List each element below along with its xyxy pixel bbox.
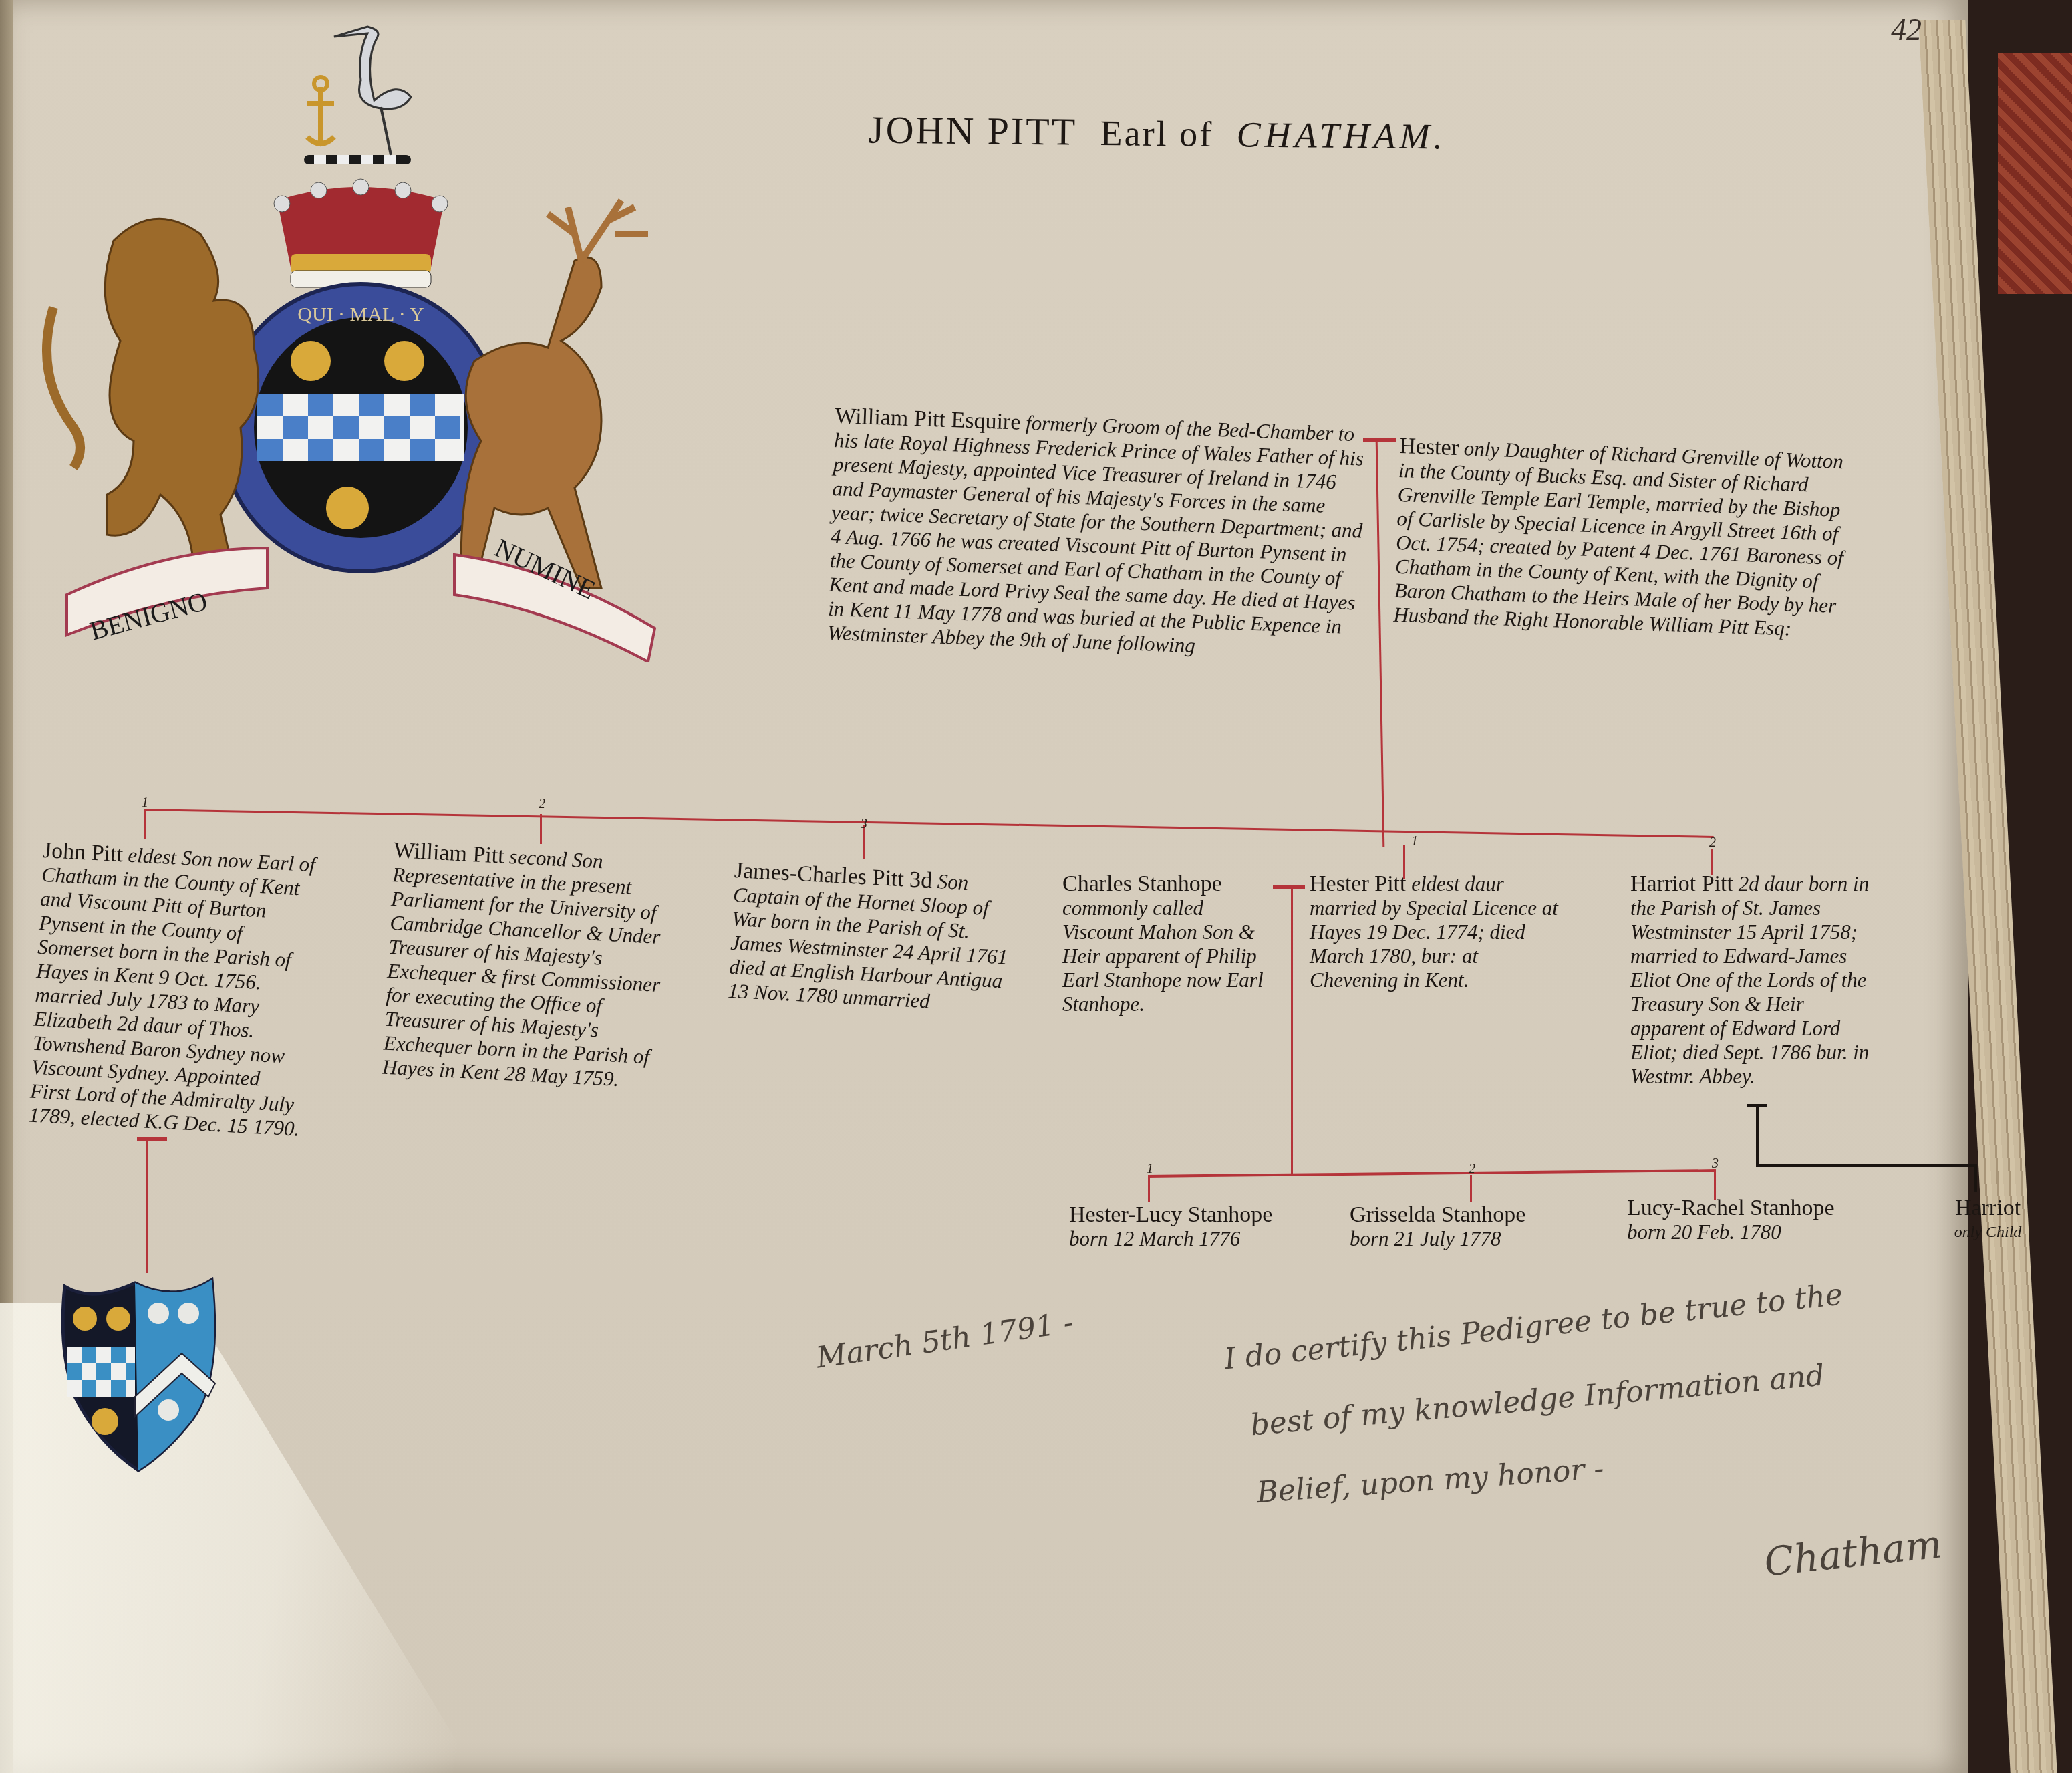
child-entry-hester-pitt: Hester Pitt eldest daur married by Speci… [1310,872,1570,992]
child-number: 2 [539,797,545,812]
grandchild-text: born 20 Feb. 1780 [1627,1220,1881,1244]
grandchild-name: Harriot [1934,1196,2041,1220]
coat-of-arms-icon: QUI · MAL · Y BENIGNO NUMINE [27,7,722,662]
grandchild-entry-lucy-rachel: Lucy-Rachel Stanhope born 20 Feb. 1780 [1627,1196,1881,1244]
grandchild-number: 1 [1147,1162,1153,1177]
earl-coronet-icon [274,179,448,287]
child-entry-james-charles-pitt: James-Charles Pitt 3d Son Captain of the… [728,859,1016,1018]
grandchild-text: only Child [1934,1220,2041,1244]
grandchild-entry-hester-lucy: Hester-Lucy Stanhope born 12 March 1776 [1069,1203,1290,1251]
child-entry-william-pitt: William Pitt second Son Representative i… [382,839,688,1095]
child-name: John Pitt [42,838,124,867]
grandchild-number: 3 [1712,1156,1719,1172]
marriage-line-hester [1273,885,1305,889]
marriage-line-john [137,1137,167,1141]
child-entry-john-pitt: John Pitt eldest Son now Earl of Chatham… [28,839,317,1141]
mother-entry: Hester only Daughter of Richard Grenvill… [1393,434,1861,643]
child-number: 1 [1411,834,1418,849]
spouse-entry-charles-stanhope: Charles Stanhope commonly called Viscoun… [1062,872,1276,1016]
descent-line-harriot [1756,1106,1759,1166]
child-name: Harriot Pitt [1630,871,1733,896]
child-text: Son Captain of the Hornet Sloop of War b… [728,869,1008,1013]
heron-crest-icon [304,27,411,164]
grandchild-entry-grisselda: Grisselda Stanhope born 21 July 1778 [1350,1203,1590,1251]
child-number: 2 [1709,835,1716,851]
svg-text:QUI · MAL · Y: QUI · MAL · Y [297,303,424,325]
title-name: JOHN PITT [869,108,1078,153]
descent-line-hester [1291,888,1293,1175]
father-entry: William Pitt Esquire formerly Groom of t… [827,404,1369,664]
spouse-name: Charles Stanhope [1062,871,1222,896]
spouse-text: commonly called Viscount Mahon Son & Hei… [1062,896,1264,1016]
grandchild-number: 2 [1469,1162,1475,1177]
checky-fess [257,394,464,461]
title-place: CHATHAM. [1236,114,1447,156]
lion-supporter-icon [105,219,259,575]
grandchild-entry-harriot: Harriot only Child [1934,1196,2041,1244]
descent-line-john [146,1139,148,1273]
father-text: formerly Groom of the Bed-Chamber to his… [827,411,1364,657]
child-number: 3 [861,817,867,832]
child-entry-harriot-pitt: Harriot Pitt 2d daur born in the Parish … [1630,872,1878,1089]
page-title: JOHN PITT Earl of CHATHAM. [869,107,1447,158]
child-text: eldest Son now Earl of Chatham in the Co… [28,843,315,1141]
mother-name: Hester [1399,434,1459,460]
grandchild-name: Hester-Lucy Stanhope [1069,1202,1272,1227]
grandchild-text: born 21 July 1778 [1350,1227,1590,1251]
page-number: 42 [1891,12,1922,47]
stag-supporter-icon [461,257,601,588]
child-text: second Son Representative in the present… [382,845,661,1091]
grandchild-name: Lucy-Rachel Stanhope [1627,1196,1881,1220]
mother-text: only Daughter of Richard Grenville of Wo… [1393,436,1844,640]
title-earl: Earl of [1100,113,1213,154]
grandchild-name: Grisselda Stanhope [1350,1203,1590,1227]
child-name: Hester Pitt [1310,871,1406,896]
grandchild-text: born 12 March 1776 [1069,1227,1240,1250]
child-number: 1 [142,795,148,811]
book-binding-cloth [1998,53,2072,294]
impaled-shield-icon [55,1273,218,1474]
child-text: 2d daur born in the Parish of St. James … [1630,872,1869,1088]
